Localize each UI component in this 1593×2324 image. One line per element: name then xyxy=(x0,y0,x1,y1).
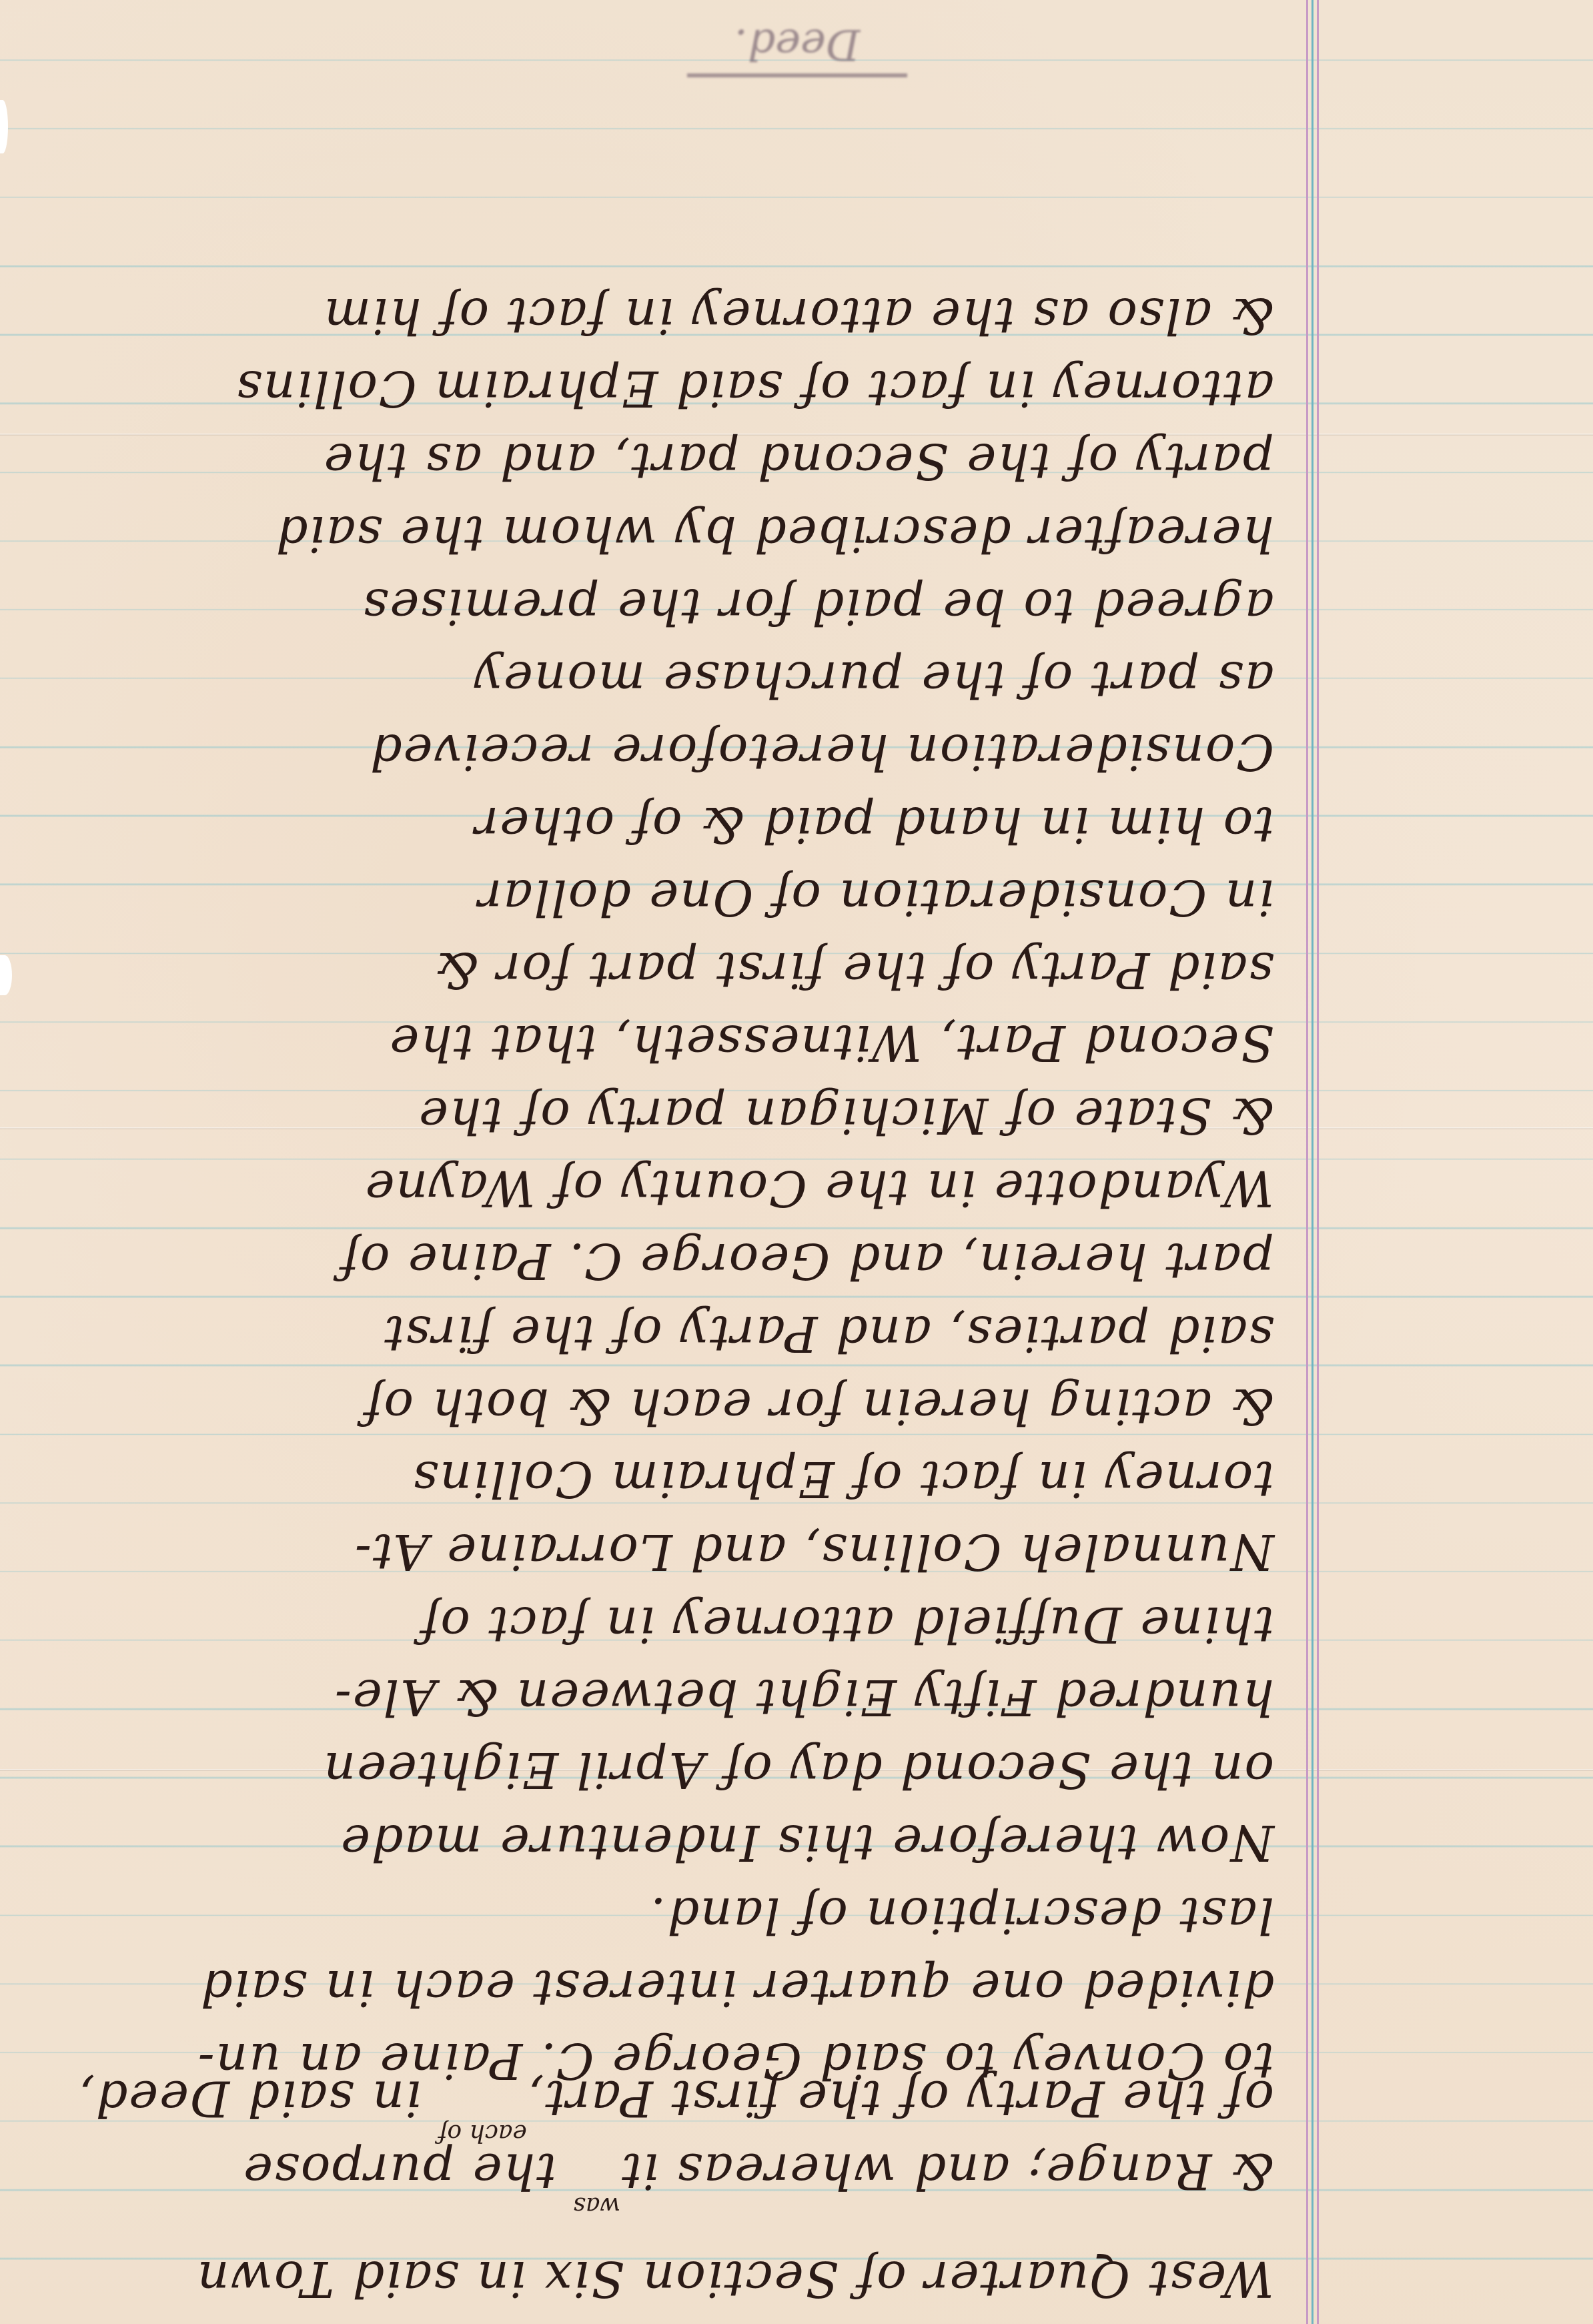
text-line: to him in hand paid & of other xyxy=(13,788,1294,860)
text-line: hereafter described by whom the said xyxy=(13,497,1294,570)
text-line: of the Party of the first Part,each of i… xyxy=(13,2097,1294,2169)
document-title: Deed. xyxy=(687,7,907,77)
text-line: & Range; and whereas itwas the purpose xyxy=(13,2169,1294,2242)
text-line: agreed to be paid for the premises xyxy=(13,570,1294,642)
text-line: divided one quarter interest each in sai… xyxy=(13,1951,1294,2024)
text-line: said Party of the first part for & xyxy=(13,933,1294,1006)
text-line: torney in fact of Ephraim Collins xyxy=(13,1442,1294,1515)
margin-line-pink xyxy=(1317,0,1319,2324)
handwritten-text-block: West Quarter of Section Six in said Town… xyxy=(13,247,1294,2315)
text-line: in Consideration of One dollar xyxy=(13,860,1294,933)
text-line: & acting herein for each & both of xyxy=(13,1369,1294,1442)
text-line: & State of Michigan party of the xyxy=(13,1079,1294,1151)
text-line: thine Duffield attorney in fact of xyxy=(13,1588,1294,1660)
inserted-word: each of xyxy=(438,2119,527,2147)
text-line: on the Second day of April Eighteen xyxy=(13,1733,1294,1806)
text-line: to Convey to said George C. Paine an un- xyxy=(13,2024,1294,2097)
text-line: Now therefore this Indenture made xyxy=(13,1806,1294,1878)
text-line: attorney in fact of said Ephraim Collins xyxy=(13,352,1294,424)
text-line: Wyandotte in the County of Wayne xyxy=(13,1151,1294,1224)
inserted-word: was xyxy=(573,2192,620,2219)
text-line: part herein, and George C. Paine of xyxy=(13,1224,1294,1297)
text-line: party of the Second part, and as the xyxy=(13,424,1294,497)
text-line: Consideration heretofore received xyxy=(13,715,1294,788)
text-line: & also as the attorney in fact of him xyxy=(13,279,1294,352)
text-line: Nunnaleh Collins, and Lorraine At- xyxy=(13,1515,1294,1588)
margin-line-blue xyxy=(1311,0,1313,2324)
text-line: last description of land. xyxy=(13,1878,1294,1951)
text-line: said parties, and Party of the first xyxy=(13,1297,1294,1369)
margin-line-pink xyxy=(1306,0,1308,2324)
text-line: West Quarter of Section Six in said Town xyxy=(13,2242,1294,2315)
text-line: hundred Fifty Eight between & Ale- xyxy=(13,1660,1294,1733)
text-line: as part of the purchase money xyxy=(13,642,1294,715)
text-line: Second Part, Witnesseth, that the xyxy=(13,1006,1294,1079)
